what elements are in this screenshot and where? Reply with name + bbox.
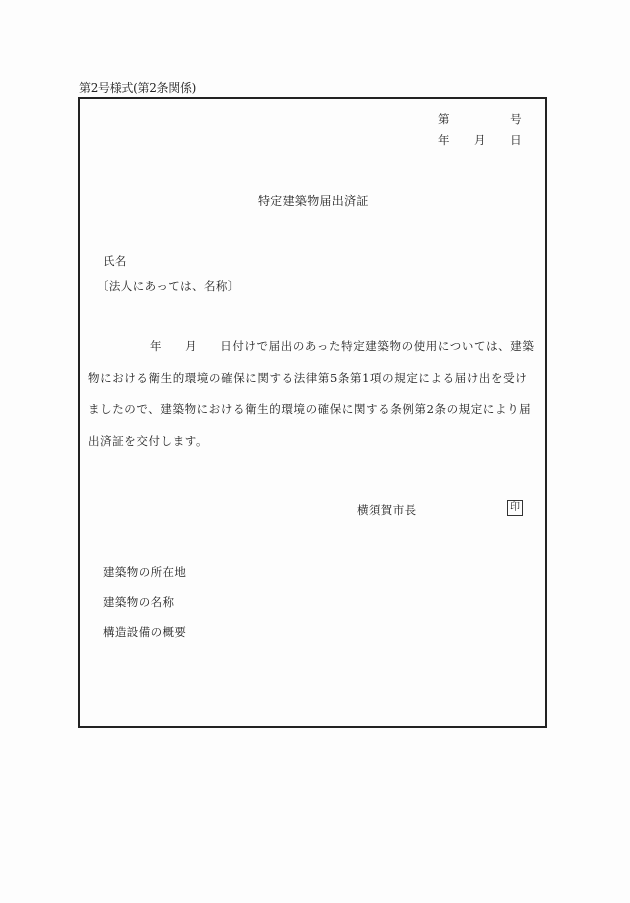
number-suffix: 号	[510, 111, 522, 127]
item-building-name: 建築物の名称	[103, 594, 174, 610]
document-title: 特定建築物届出済証	[258, 192, 369, 209]
body-year: 年	[150, 339, 162, 353]
corporate-note: 〔法人にあっては、名称〕	[97, 278, 240, 294]
date-year: 年	[438, 132, 450, 148]
number-prefix: 第	[438, 111, 450, 127]
item-location: 建築物の所在地	[103, 564, 186, 580]
date-day: 日	[510, 132, 522, 148]
body-text: 日付けで届出のあった特定建築物の使用については、建築物における衛生的環境の確保に…	[88, 339, 534, 448]
date-month: 月	[474, 132, 486, 148]
body-paragraph: 年月日付けで届出のあった特定建築物の使用については、建築物における衛生的環境の確…	[88, 331, 536, 457]
name-label: 氏名	[103, 253, 127, 269]
item-structure-summary: 構造設備の概要	[103, 624, 186, 640]
certificate-number: 第 号	[438, 111, 522, 127]
issuer-title: 横須賀市長	[357, 502, 417, 518]
body-month: 月	[185, 339, 197, 353]
seal-mark: 印	[507, 500, 523, 516]
form-label: 第2号様式(第2条関係)	[79, 79, 196, 96]
issue-date: 年 月 日	[438, 132, 522, 148]
